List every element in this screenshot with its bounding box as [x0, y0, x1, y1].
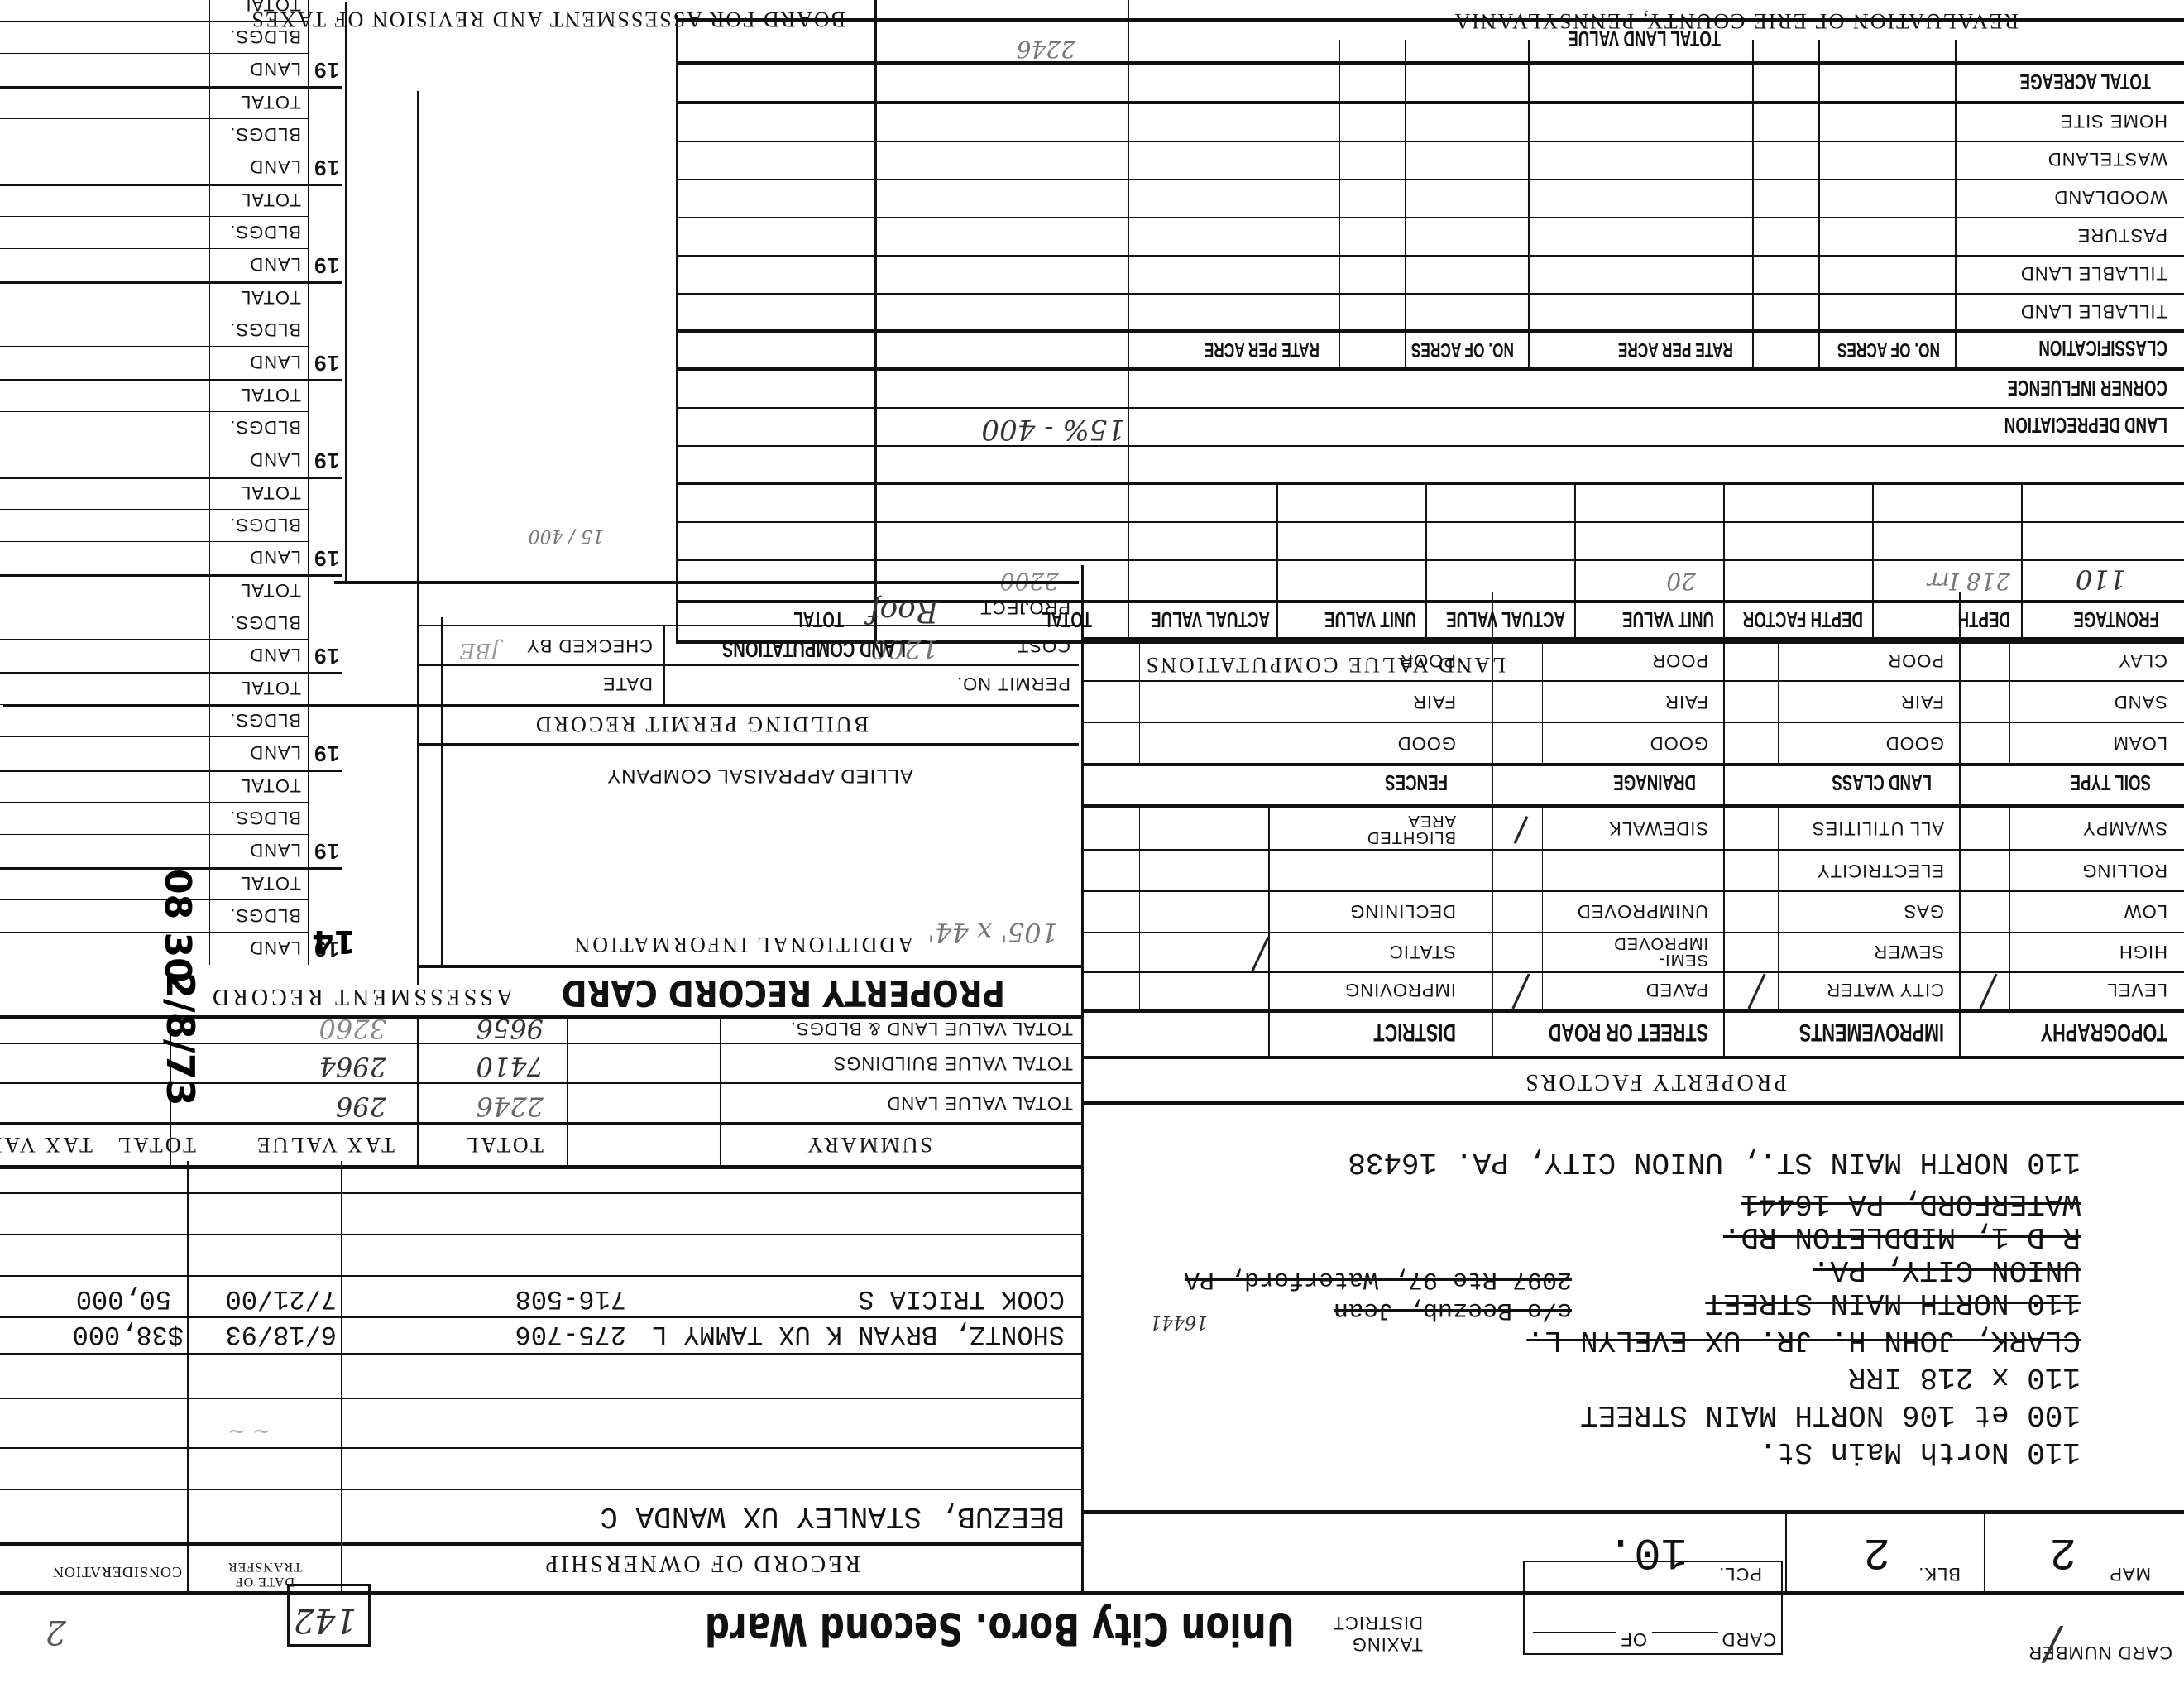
transfer-date[interactable]: 6/18/93	[226, 1319, 337, 1350]
fences-good[interactable]: GOOD	[1397, 732, 1456, 754]
permit-date-label: DATE	[602, 673, 653, 694]
assessment-row-label: BLDGS.	[229, 221, 301, 242]
assessment-row-label: LAND	[249, 644, 301, 665]
class-header: NO. OF ACRES	[1837, 338, 1940, 361]
address-line: 110 NORTH MAIN ST., UNION CITY, PA. 1643…	[1348, 1145, 2081, 1179]
class-row-pasture: PASTURE	[2077, 224, 2167, 246]
check-mark-icon	[1979, 974, 1997, 1009]
class-header: RATE PER ACRE	[1205, 338, 1319, 361]
assessment-row-label: BLDGS.	[229, 709, 301, 731]
assessment-year-block: 19LANDBLDGS.TOTAL	[0, 477, 342, 574]
assessment-year-prefix: 19	[314, 350, 339, 376]
card-label: CARD	[1722, 1628, 1776, 1650]
stamp-value: 08 30	[156, 869, 199, 983]
assessment-row-label: TOTAL	[240, 872, 301, 894]
permit-cost-label: COST	[1017, 635, 1070, 656]
pf-item-level[interactable]: LEVEL	[2107, 979, 2168, 1000]
check-mark-icon	[1251, 937, 1269, 972]
assessment-row-label: TOTAL	[240, 384, 301, 405]
project-label: PROJECT	[979, 597, 1070, 618]
pf-item-city-water[interactable]: CITY WATER	[1826, 979, 1944, 1000]
assessment-value-field[interactable]	[2, 152, 208, 184]
assessment-value-field[interactable]	[2, 640, 208, 672]
total-land-value[interactable]: 2246	[1017, 36, 1075, 63]
stamp-date: 2/8/73	[158, 972, 203, 1106]
check-mark-icon	[1514, 816, 1529, 844]
drainage-fair[interactable]: FAIR	[1664, 691, 1708, 712]
assessment-row-label: LAND	[249, 156, 301, 177]
assessment-year-block: 19LANDBLDGS.TOTAL	[0, 86, 342, 184]
assessment-year-block: 19LANDBLDGS.TOTAL	[0, 770, 342, 867]
consideration[interactable]: 50,000	[76, 1283, 171, 1314]
appraisal-company: ALLIED APPRAISAL COMPANY	[606, 764, 913, 787]
land-depreciation-value[interactable]: 15% - 400	[981, 413, 1125, 446]
address-side-note: c/o Beezub, Jean	[1334, 1296, 1572, 1324]
address-line-struck: R D 1, MIDDLETON RD.	[1723, 1220, 2081, 1254]
pf-item-improving[interactable]: IMPROVING	[1344, 979, 1456, 1000]
pf-item-gas[interactable]: GAS	[1904, 900, 1944, 922]
assessment-row-label: LAND	[249, 351, 301, 372]
taxing-district-label: TAXING DISTRICT	[1315, 1612, 1423, 1655]
assessment-row-label: BLDGS.	[229, 123, 301, 145]
assessment-row-label: LAND	[249, 546, 301, 568]
summary-land-tax-value[interactable]: 296	[336, 1091, 386, 1122]
assessment-value-field[interactable]	[2, 576, 208, 607]
assessment-row-label: BLDGS.	[229, 904, 301, 926]
assessment-row-label: TOTAL	[240, 91, 301, 113]
additional-info-note[interactable]: 105' x 44'	[927, 917, 1058, 948]
owner-handwritten-note: ~ ~	[227, 1419, 271, 1444]
fences-fair[interactable]: FAIR	[1412, 691, 1456, 712]
assessment-value-field[interactable]	[2, 413, 208, 444]
county-title: REVALUATION OF ERIE COUNTY, PENNSYLVANIA	[1453, 8, 2019, 33]
lv-frontage-value[interactable]: 110	[2076, 563, 2126, 595]
assessment-value-field[interactable]	[2, 315, 208, 347]
class-row-woodland: WOODLAND	[2053, 186, 2167, 208]
soil-loam[interactable]: LOAM	[2113, 732, 2167, 754]
pf-item-semi-improved[interactable]: SEMI-IMPROVED	[1568, 935, 1708, 968]
checked-by-value[interactable]: JBE	[459, 638, 500, 663]
owner-name[interactable]: COOK TRICIA S	[858, 1283, 1065, 1314]
drainage-poor[interactable]: POOR	[1651, 650, 1708, 671]
address-line-struck: WATERFORD, PA 16441	[1741, 1187, 2081, 1220]
assessment-year-prefix: 19	[314, 448, 339, 473]
assessment-row-label: BLDGS.	[229, 416, 301, 438]
soil-header: SOIL TYPE	[2071, 770, 2151, 795]
assessment-row-label: LAND	[249, 741, 301, 763]
assessment-value-field[interactable]	[2, 674, 208, 705]
assessment-value-field[interactable]	[2, 706, 208, 737]
assessment-row-label: LAND	[249, 58, 301, 79]
building-permit-title: BUILDING PERMIT RECORD	[534, 712, 869, 736]
of-label: OF	[1620, 1628, 1647, 1650]
assessment-row-label: BLDGS.	[229, 26, 301, 47]
assessment-row-label: TOTAL	[240, 189, 301, 210]
assessment-value-field[interactable]	[2, 185, 208, 217]
summary-row-label: TOTAL VALUE LAND	[887, 1092, 1073, 1114]
lv-header: FRONTAGE	[2073, 607, 2159, 632]
corner-mark: 2	[45, 1613, 66, 1651]
pf-item-high[interactable]: HIGH	[2119, 941, 2167, 962]
address-side-note: 16441	[1150, 1312, 1208, 1332]
map-value[interactable]: 2	[2050, 1526, 2076, 1576]
assessment-year-prefix: 19	[314, 57, 339, 83]
assessment-value-field[interactable]	[2, 738, 208, 770]
land-computations-title: LAND COMPUTATIONS	[722, 635, 906, 662]
summary-col-total-2: TOTAL	[115, 1132, 196, 1157]
summary-bldgs-total[interactable]: 7410	[477, 1051, 544, 1082]
pf-item-all-utilities[interactable]: ALL UTILITIES	[1812, 818, 1944, 839]
pcl-label: PCL.	[1718, 1563, 1762, 1585]
total-acreage-label: TOTAL ACREAGE	[2020, 69, 2151, 94]
deed-book-page[interactable]: 275-706	[515, 1319, 626, 1350]
class-header: NO. OF ACRES	[1411, 338, 1514, 361]
property-factors-title: PROPERTY FACTORS	[1523, 1068, 1787, 1095]
land-class-good[interactable]: GOOD	[1885, 732, 1944, 754]
assessment-year-prefix: 19	[314, 155, 339, 180]
assessment-row-label: LAND	[249, 937, 301, 958]
pf-item-sidewalk[interactable]: SIDEWALK	[1608, 818, 1708, 839]
summary-col-tax-value-2: TAX VALUE	[0, 1132, 93, 1157]
pf-item-unimproved[interactable]: UNIMPROVED	[1577, 900, 1708, 922]
classification-label: CLASSIFICATION	[2038, 335, 2167, 361]
summary-row-label: TOTAL VALUE BUILDINGS	[833, 1053, 1073, 1074]
class-row-tillable: TILLABLE LAND	[2020, 262, 2167, 284]
pf-header: STREET OR ROAD	[1549, 1018, 1708, 1046]
land-depreciation-label: LAND DEPRECIATION	[2004, 412, 2167, 438]
summary-col-tax-value: TAX VALUE	[255, 1132, 395, 1157]
assessment-year-block: 19LANDBLDGS.TOTAL	[0, 574, 342, 672]
assessment-value-field[interactable]	[2, 250, 208, 281]
blk-value[interactable]: 2	[1864, 1526, 1890, 1576]
assessment-year-prefix: 19	[314, 545, 339, 571]
assessment-record: 19LANDBLDGS.TOTAL19LANDBLDGS.TOTAL19LAND…	[0, 33, 342, 965]
assessment-value-field[interactable]	[2, 218, 208, 249]
assessment-row-label: TOTAL	[240, 774, 301, 796]
summary-bldgs-tax-value[interactable]: 2964	[319, 1051, 386, 1082]
checked-by-label: CHECKED BY	[526, 635, 653, 656]
summary-col-total: TOTAL	[462, 1132, 544, 1157]
drainage-good[interactable]: GOOD	[1650, 732, 1708, 754]
assessment-row-label: BLDGS.	[229, 807, 301, 828]
summary-title: SUMMARY	[805, 1132, 932, 1157]
pf-item-blighted-area[interactable]: BLIGHTED AREA	[1340, 813, 1456, 846]
summary-land-total[interactable]: 2246	[477, 1091, 544, 1122]
assessment-value-field[interactable]	[2, 120, 208, 151]
property-record-card-title: PROPERTY RECORD CARD	[562, 971, 1005, 1014]
assessment-row-label: TOTAL	[240, 482, 301, 503]
transfer-date[interactable]: 7/21/00	[226, 1283, 337, 1314]
pf-item-swampy[interactable]: SWAMPY	[2082, 818, 2167, 839]
additional-info-title: ADDITIONAL INFORMATION	[572, 932, 913, 957]
assessment-value-field[interactable]	[2, 803, 208, 835]
lv-header: DEPTH FACTOR	[1743, 607, 1863, 632]
check-mark-icon	[1747, 974, 1765, 1009]
assessment-value-field[interactable]	[2, 0, 208, 22]
assessment-year-block: 19LANDBLDGS.TOTAL	[0, 281, 342, 379]
property-record-card: CARD NUMBER / CARD OF TAXING DISTRICT Un…	[0, 0, 2184, 1688]
ownership-title: RECORD OF OWNERSHIP	[543, 1550, 860, 1576]
address-line-struck: CLARK, JOHN H. JR. UX EVELYN L.	[1526, 1323, 2081, 1357]
assessment-row-label: TOTAL	[240, 579, 301, 601]
lv-depth-value[interactable]: 218 Irr	[1928, 568, 2010, 595]
assessment-year-prefix: 19	[314, 741, 339, 766]
address-line-struck: UNION CITY, PA.	[1813, 1253, 2081, 1287]
assessment-value-field[interactable]	[2, 88, 208, 119]
assessment-row-label: BLDGS.	[229, 319, 301, 340]
pf-item-low[interactable]: LOW	[2124, 900, 2167, 922]
permit-no-label: PERMIT NO.	[956, 673, 1070, 694]
assessment-value-field[interactable]	[2, 22, 208, 54]
land-class-poor[interactable]: POOR	[1887, 650, 1944, 671]
assessment-record-title: ASSESSMENT RECORD	[209, 983, 513, 1009]
assessment-year-block: 19LANDBLDGS.TOTAL	[0, 184, 342, 281]
assessment-row-label: TOTAL	[240, 0, 301, 15]
summary-row-label: TOTAL VALUE LAND & BLDGS.	[790, 1018, 1073, 1039]
deed-book-page[interactable]: 716-508	[515, 1283, 626, 1314]
address-line: 110 x 218 IRR	[1848, 1360, 2081, 1394]
card-number-value[interactable]: /	[2045, 1619, 2060, 1671]
owner-name[interactable]: SHONTZ, BRYAN K UX TAMMY L	[652, 1319, 1065, 1350]
assessment-row-label: LAND	[249, 839, 301, 861]
pf-item-static[interactable]: STATIC	[1389, 941, 1456, 962]
soil-header: DRAINAGE	[1613, 770, 1696, 795]
assessment-row-label: BLDGS.	[229, 514, 301, 535]
assessment-year-prefix: 19	[314, 838, 339, 864]
pf-header: IMPROVEMENTS	[1799, 1018, 1944, 1046]
pf-item-electricity[interactable]: ELECTRICITY	[1817, 860, 1944, 881]
additional-info-box: 105' x 44' ADDITIONAL INFORMATION ALLIED…	[421, 725, 1079, 965]
taxing-district-value: Union City Boro. Second Ward	[705, 1603, 1295, 1655]
assessment-year-block: 19LANDBLDGS.TOTAL	[0, 0, 342, 86]
class-row-wasteland: WASTELAND	[2047, 148, 2167, 170]
lv-header: ACTUAL VALUE	[1446, 607, 1565, 632]
assessment-value-field[interactable]	[2, 836, 208, 867]
ownership-col-consideration: CONSIDERATION	[52, 1563, 182, 1580]
land-value-table: FRONTAGE DEPTH DEPTH FACTOR UNIT VALUE A…	[678, 0, 2184, 640]
blk-label: BLK.	[1918, 1563, 1961, 1585]
assessment-row-label: BLDGS.	[229, 611, 301, 633]
soil-header: LAND CLASS	[1832, 770, 1932, 795]
pf-header: DISTRICT	[1373, 1018, 1456, 1046]
stamp-mark: 14	[312, 923, 356, 960]
assessment-value-field[interactable]	[2, 543, 208, 574]
address-block: 110 North Main St. 100 et 106 NORTH MAIN…	[1084, 1096, 2184, 1510]
address-line: 100 et 106 NORTH MAIN STREET	[1580, 1398, 2081, 1431]
soil-sand[interactable]: SAND	[2114, 691, 2167, 712]
assessment-value-field[interactable]	[2, 445, 208, 477]
parcel-row: MAP 2 BLK. 2 PCL. 10.	[1084, 1513, 2184, 1591]
project-value[interactable]: Roof	[869, 594, 938, 628]
pf-item-paved[interactable]: PAVED	[1645, 979, 1708, 1000]
class-row-tillable: TILLABLE LAND	[2020, 300, 2167, 322]
assessment-value-field[interactable]	[2, 511, 208, 542]
lv-header: DEPTH	[1958, 607, 2010, 632]
ownership-col-date: DATE OF TRANSFER	[199, 1559, 331, 1589]
assessment-row-label: TOTAL	[240, 286, 301, 308]
assessment-value-field[interactable]	[2, 478, 208, 510]
lv-header: UNIT VALUE	[1324, 607, 1416, 632]
pf-item-declining[interactable]: DECLINING	[1349, 900, 1456, 922]
corner-influence-label: CORNER INFLUENCE	[2008, 375, 2167, 400]
class-row-home-site: HOME SITE	[2060, 110, 2167, 132]
address-side-note: 2097 Rte 97, Waterford, PA	[1185, 1265, 1572, 1293]
soil-header: FENCES	[1385, 770, 1448, 795]
assessment-row-label: LAND	[249, 448, 301, 470]
assessment-row-label: TOTAL	[240, 677, 301, 698]
map-label: MAP	[2109, 1563, 2151, 1585]
address-line: 110 North Main St.	[1759, 1435, 2081, 1469]
assessment-year-prefix: 19	[314, 252, 339, 278]
assessment-value-field[interactable]	[2, 771, 208, 803]
assessment-year-prefix: 19	[314, 643, 339, 669]
lv-unit-value[interactable]: 20	[1666, 568, 1696, 595]
check-mark-icon	[1511, 974, 1530, 1009]
consideration[interactable]: $38,000	[73, 1319, 184, 1350]
assessment-year-block: 19LANDBLDGS.TOTAL	[0, 379, 342, 477]
address-line-struck: 110 NORTH MAIN STREET	[1705, 1286, 2081, 1320]
class-header: RATE PER ACRE	[1618, 338, 1733, 361]
pcl-value[interactable]: 10.	[1607, 1526, 1688, 1576]
assessment-row-label: LAND	[249, 253, 301, 275]
soil-clay[interactable]: CLAY	[2118, 650, 2167, 671]
lv-header: UNIT VALUE	[1622, 607, 1714, 632]
pf-header: TOPOGRAPHY	[2041, 1018, 2167, 1046]
assessment-value-field[interactable]	[2, 348, 208, 379]
owner-name[interactable]: BEEZUB, STANLEY UX WANDA C	[600, 1499, 1065, 1533]
assessment-value-field[interactable]	[2, 55, 208, 86]
land-class-fair[interactable]: FAIR	[1900, 691, 1944, 712]
lv-header: ACTUAL VALUE	[1151, 607, 1270, 632]
pf-item-sewer[interactable]: SEWER	[1873, 941, 1944, 962]
assessment-year-block: 19LANDBLDGS.TOTAL	[0, 672, 342, 770]
ownership-table: BEEZUB, STANLEY UX WANDA C ~ ~ SHONTZ, B…	[0, 1161, 1081, 1542]
assessment-value-field[interactable]	[2, 608, 208, 640]
assessment-value-field[interactable]	[2, 283, 208, 314]
land-value-computations-title: LAND VALUE COMPUTATIONS	[1144, 652, 1506, 677]
pf-item-rolling[interactable]: ROLLING	[2081, 860, 2167, 881]
assessment-value-field[interactable]	[2, 381, 208, 412]
